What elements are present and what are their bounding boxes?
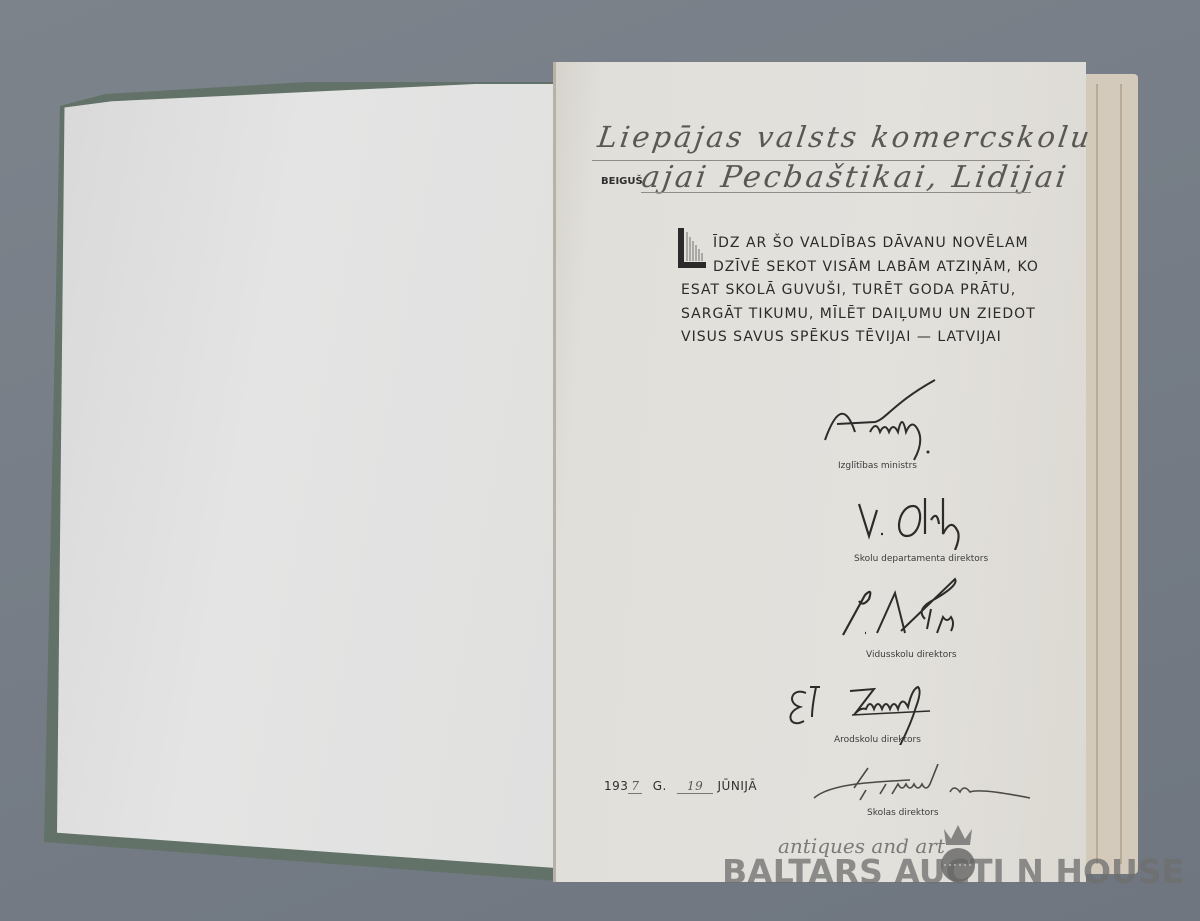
role-vidusskolu-direktors: Vidusskolu direktors [866, 650, 957, 660]
dedication-line: ĪDZ AR ŠO VALDĪBAS DĀVANU NOVĒLAM [713, 232, 1033, 256]
handwriting-underline-2 [641, 192, 1031, 193]
dedication-text: ĪDZ AR ŠO VALDĪBAS DĀVANU NOVĒLAM DZĪVĒ … [713, 232, 1033, 350]
watermark-crown-logo-icon [940, 823, 976, 885]
dedication-line: VISUS SAVUS SPĒKUS TĒVIJAI — LATVIJAI [681, 326, 1033, 350]
signature-vidusskolu [835, 575, 975, 645]
book-spine-gutter [553, 62, 556, 882]
signature-skolas-direktors [810, 764, 1040, 804]
handwritten-recipient-name: ajai Pecbaštikai, Lidijai [640, 160, 1071, 195]
role-izglitibas-ministrs: Izglītības ministrs [838, 461, 917, 471]
date-line: 1937 G. 19 JŪNIJĀ [604, 779, 757, 794]
signature-minister [815, 372, 945, 462]
page-edge-line [1096, 84, 1098, 864]
role-arodskolu-direktors: Arodskolu direktors [834, 735, 921, 745]
signature-skolu-departamenta [855, 490, 985, 550]
signature-arodskolu [780, 665, 980, 745]
page-edge-line [1120, 84, 1122, 864]
role-skolu-departamenta-direktors: Skolu departamenta direktors [854, 554, 988, 564]
date-g-label: G. [653, 779, 667, 793]
beigus-label: BEIGUŠ [601, 176, 643, 187]
date-day: 19 [677, 779, 713, 794]
dedication-line: ESAT SKOLĀ GUVUŠI, TURĒT GODA PRĀTU, [681, 279, 1033, 303]
date-month: JŪNIJĀ [718, 779, 758, 793]
date-year-prefix: 193 [604, 779, 628, 793]
role-skolas-direktors: Skolas direktors [867, 808, 939, 818]
handwritten-school-name: Liepājas valsts komercskolu [596, 120, 1095, 154]
dedication-line: DZĪVĒ SEKOT VISĀM LABĀM ATZIŅĀM, KO [713, 256, 1033, 280]
left-page-blank [57, 84, 557, 868]
dedication-line: SARGĀT TIKUMU, MĪLĒT DAIĻUMU UN ZIEDOT [681, 303, 1033, 327]
dropcap-l-icon [678, 228, 706, 268]
date-year-digit: 7 [628, 779, 642, 794]
